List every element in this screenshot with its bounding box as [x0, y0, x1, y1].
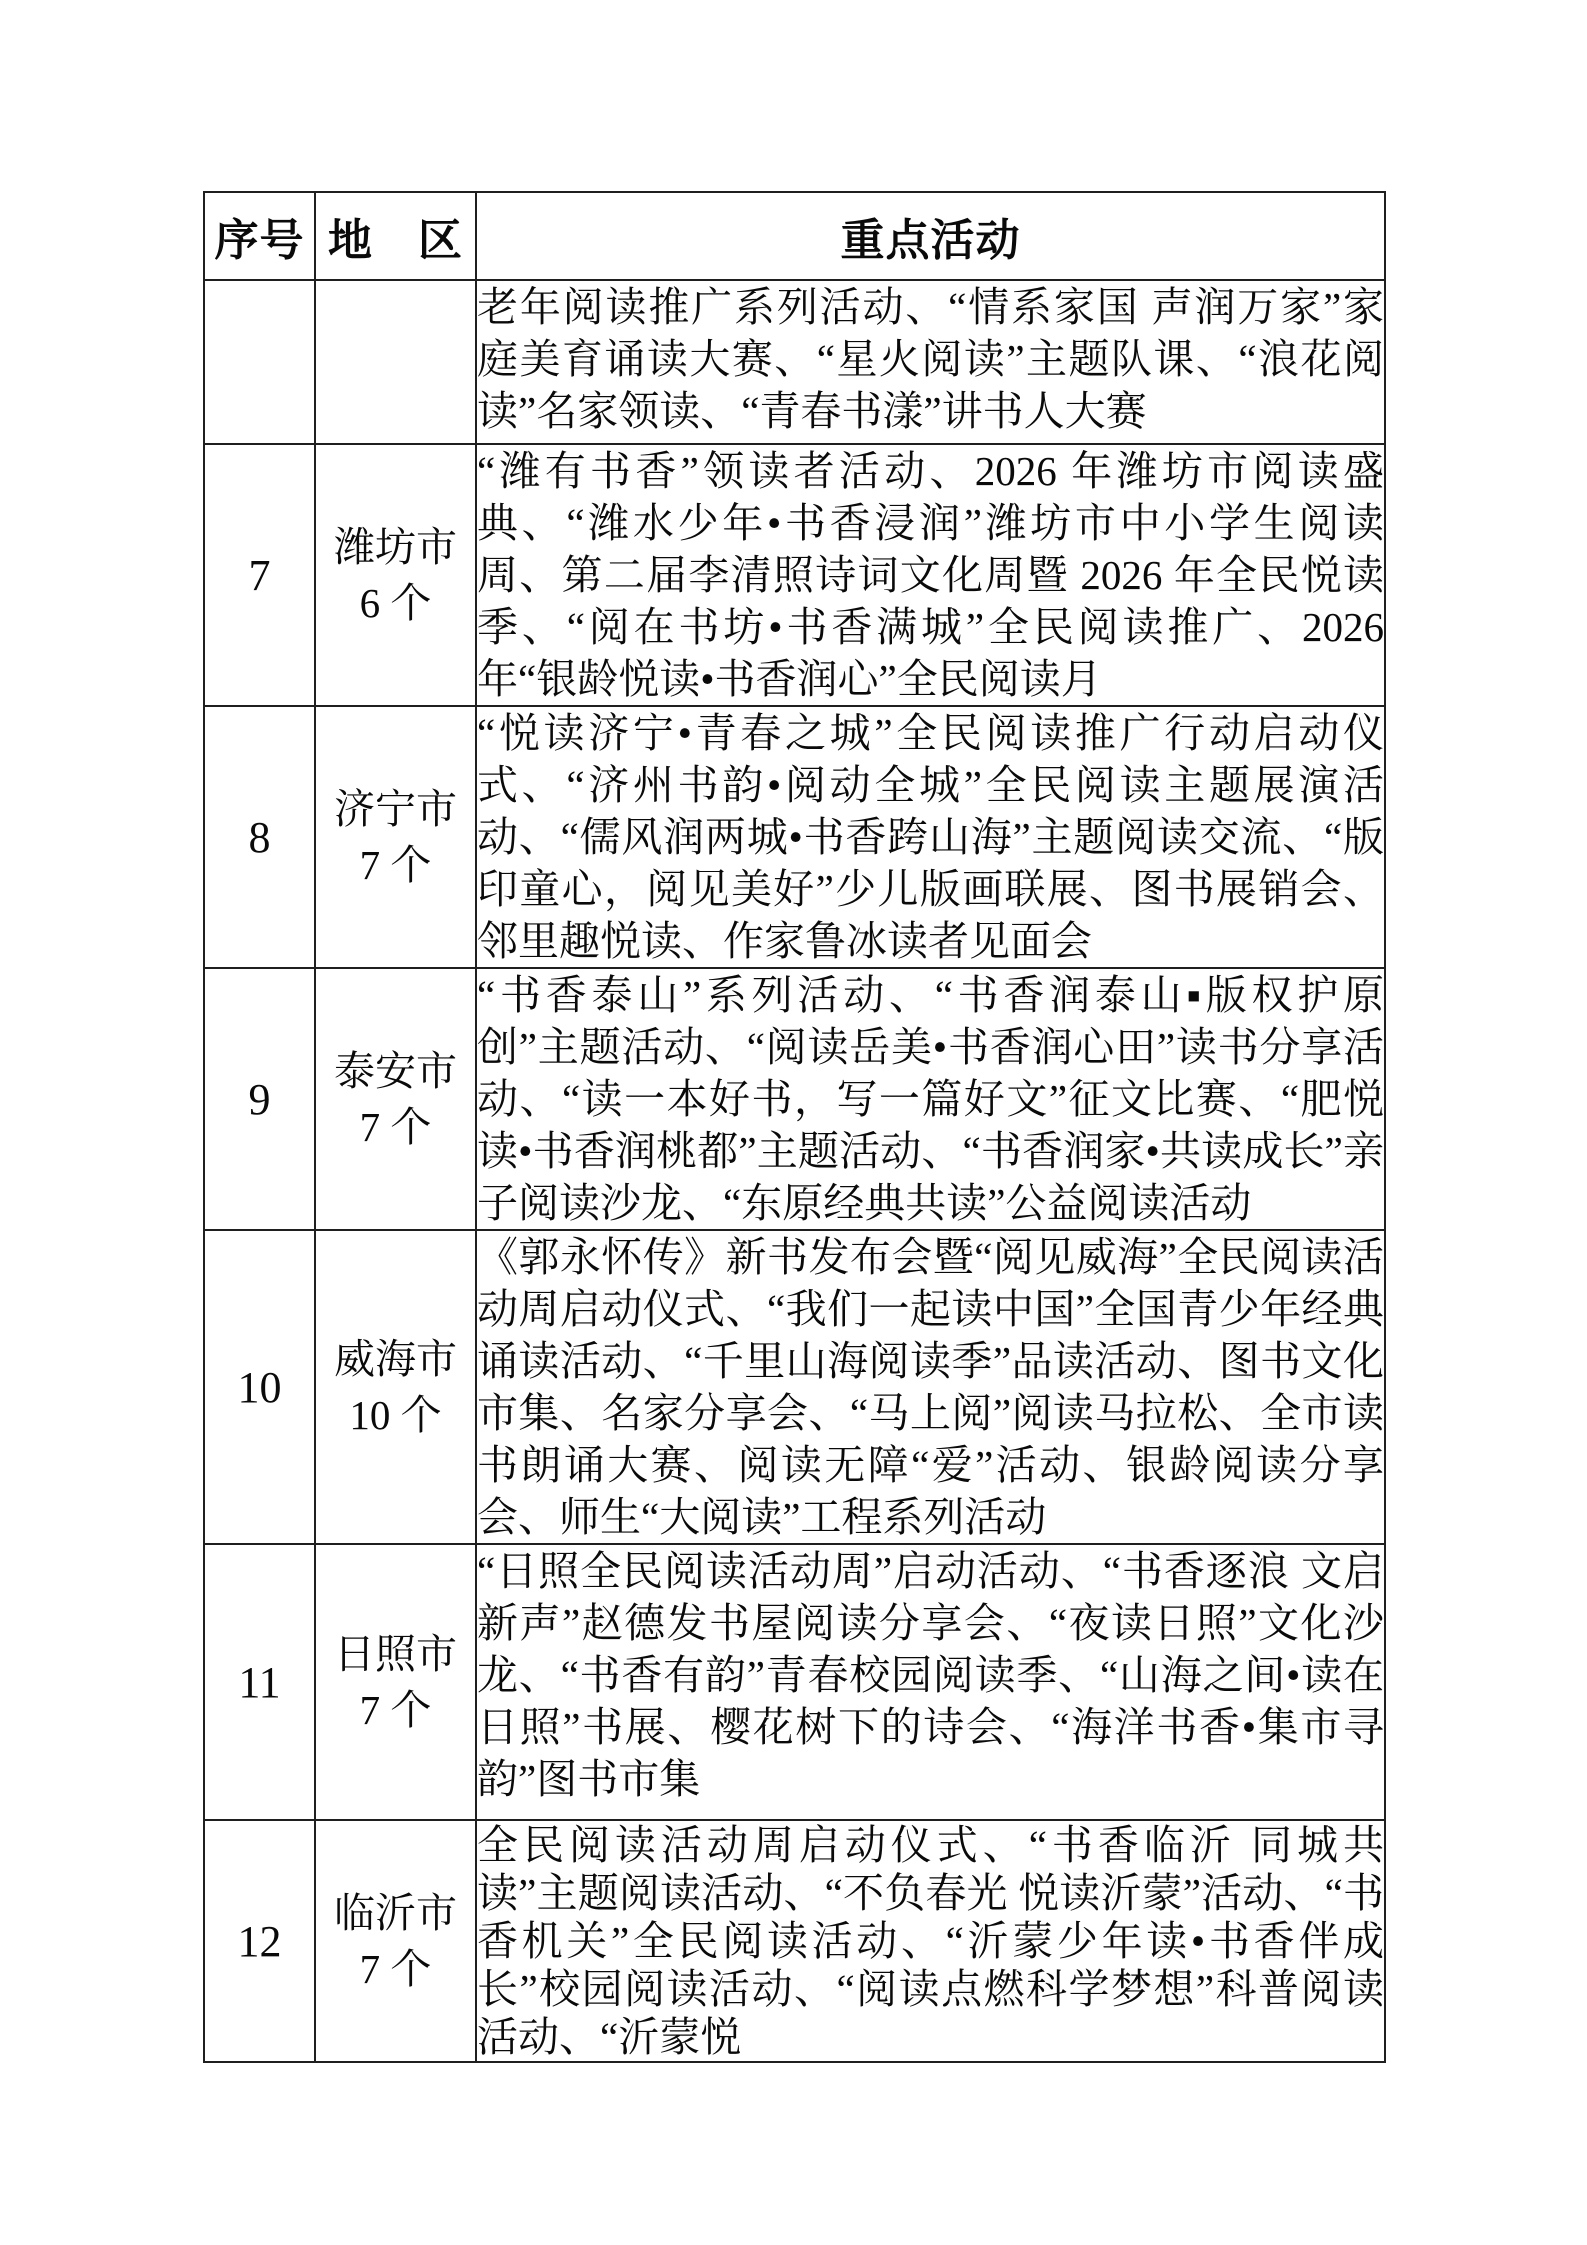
table-row-continued: 老年阅读推广系列活动、“情系家国 声润万家”家庭美育诵读大赛、“星火阅读”主题队…	[204, 280, 1385, 444]
row-number-cell: 11	[204, 1544, 315, 1820]
region-count: 6 个	[316, 575, 475, 631]
table-row-jining: 8 济宁市 7 个 “悦读济宁•青春之城”全民阅读推广行动启动仪式、“济州书韵•…	[204, 706, 1385, 968]
activities-cell: 《郭永怀传》新书发布会暨“阅见威海”全民阅读活动周启动仪式、“我们一起读中国”全…	[476, 1230, 1385, 1544]
region-count: 7 个	[316, 837, 475, 893]
region-cell: 威海市 10 个	[315, 1230, 476, 1544]
row-number-cell: 8	[204, 706, 315, 968]
table-row-rizhao: 11 日照市 7 个 “日照全民阅读活动周”启动活动、“书香逐浪 文启新声”赵德…	[204, 1544, 1385, 1820]
table-row-weihai: 10 威海市 10 个 《郭永怀传》新书发布会暨“阅见威海”全民阅读活动周启动仪…	[204, 1230, 1385, 1544]
region-cell: 济宁市 7 个	[315, 706, 476, 968]
region-cell: 泰安市 7 个	[315, 968, 476, 1230]
row-number-cell: 9	[204, 968, 315, 1230]
region-count: 7 个	[316, 1682, 475, 1738]
activities-cell: “书香泰山”系列活动、“书香润泰山▪版权护原创”主题活动、“阅读岳美•书香润心田…	[476, 968, 1385, 1230]
region-name: 临沂市	[316, 1885, 475, 1941]
region-name: 潍坊市	[316, 519, 475, 575]
table-row-weifang: 7 潍坊市 6 个 “潍有书香”领读者活动、2026 年潍坊市阅读盛典、“潍水少…	[204, 444, 1385, 706]
row-number-cell: 7	[204, 444, 315, 706]
region-name: 泰安市	[316, 1043, 475, 1099]
activities-cell: 老年阅读推广系列活动、“情系家国 声润万家”家庭美育诵读大赛、“星火阅读”主题队…	[476, 280, 1385, 444]
document-page: 序号 地 区 重点活动 老年阅读推广系列活动、“情系家国 声润万家”家庭美育诵读…	[0, 0, 1587, 2245]
region-name: 威海市	[316, 1331, 475, 1387]
region-cell	[315, 280, 476, 444]
activities-cell: “日照全民阅读活动周”启动活动、“书香逐浪 文启新声”赵德发书屋阅读分享会、“夜…	[476, 1544, 1385, 1820]
activities-cell: 全民阅读活动周启动仪式、“书香临沂 同城共读”主题阅读活动、“不负春光 悦读沂蒙…	[476, 1820, 1385, 2062]
region-cell: 潍坊市 6 个	[315, 444, 476, 706]
row-number-cell: 10	[204, 1230, 315, 1544]
activities-cell: “悦读济宁•青春之城”全民阅读推广行动启动仪式、“济州书韵•阅动全城”全民阅读主…	[476, 706, 1385, 968]
header-cell-region: 地 区	[315, 192, 476, 280]
region-cell: 日照市 7 个	[315, 1544, 476, 1820]
region-count: 7 个	[316, 1099, 475, 1155]
region-name: 日照市	[316, 1626, 475, 1682]
activities-cell: “潍有书香”领读者活动、2026 年潍坊市阅读盛典、“潍水少年•书香浸润”潍坊市…	[476, 444, 1385, 706]
region-count: 7 个	[316, 1941, 475, 1997]
region-count: 10 个	[316, 1387, 475, 1443]
row-number-cell: 12	[204, 1820, 315, 2062]
table-row-taian: 9 泰安市 7 个 “书香泰山”系列活动、“书香润泰山▪版权护原创”主题活动、“…	[204, 968, 1385, 1230]
region-cell: 临沂市 7 个	[315, 1820, 476, 2062]
key-activities-table: 序号 地 区 重点活动 老年阅读推广系列活动、“情系家国 声润万家”家庭美育诵读…	[203, 191, 1386, 2063]
table-row-linyi: 12 临沂市 7 个 全民阅读活动周启动仪式、“书香临沂 同城共读”主题阅读活动…	[204, 1820, 1385, 2062]
region-name: 济宁市	[316, 781, 475, 837]
table-header-row: 序号 地 区 重点活动	[204, 192, 1385, 280]
row-number-cell	[204, 280, 315, 444]
header-cell-activities: 重点活动	[476, 192, 1385, 280]
header-cell-number: 序号	[204, 192, 315, 280]
